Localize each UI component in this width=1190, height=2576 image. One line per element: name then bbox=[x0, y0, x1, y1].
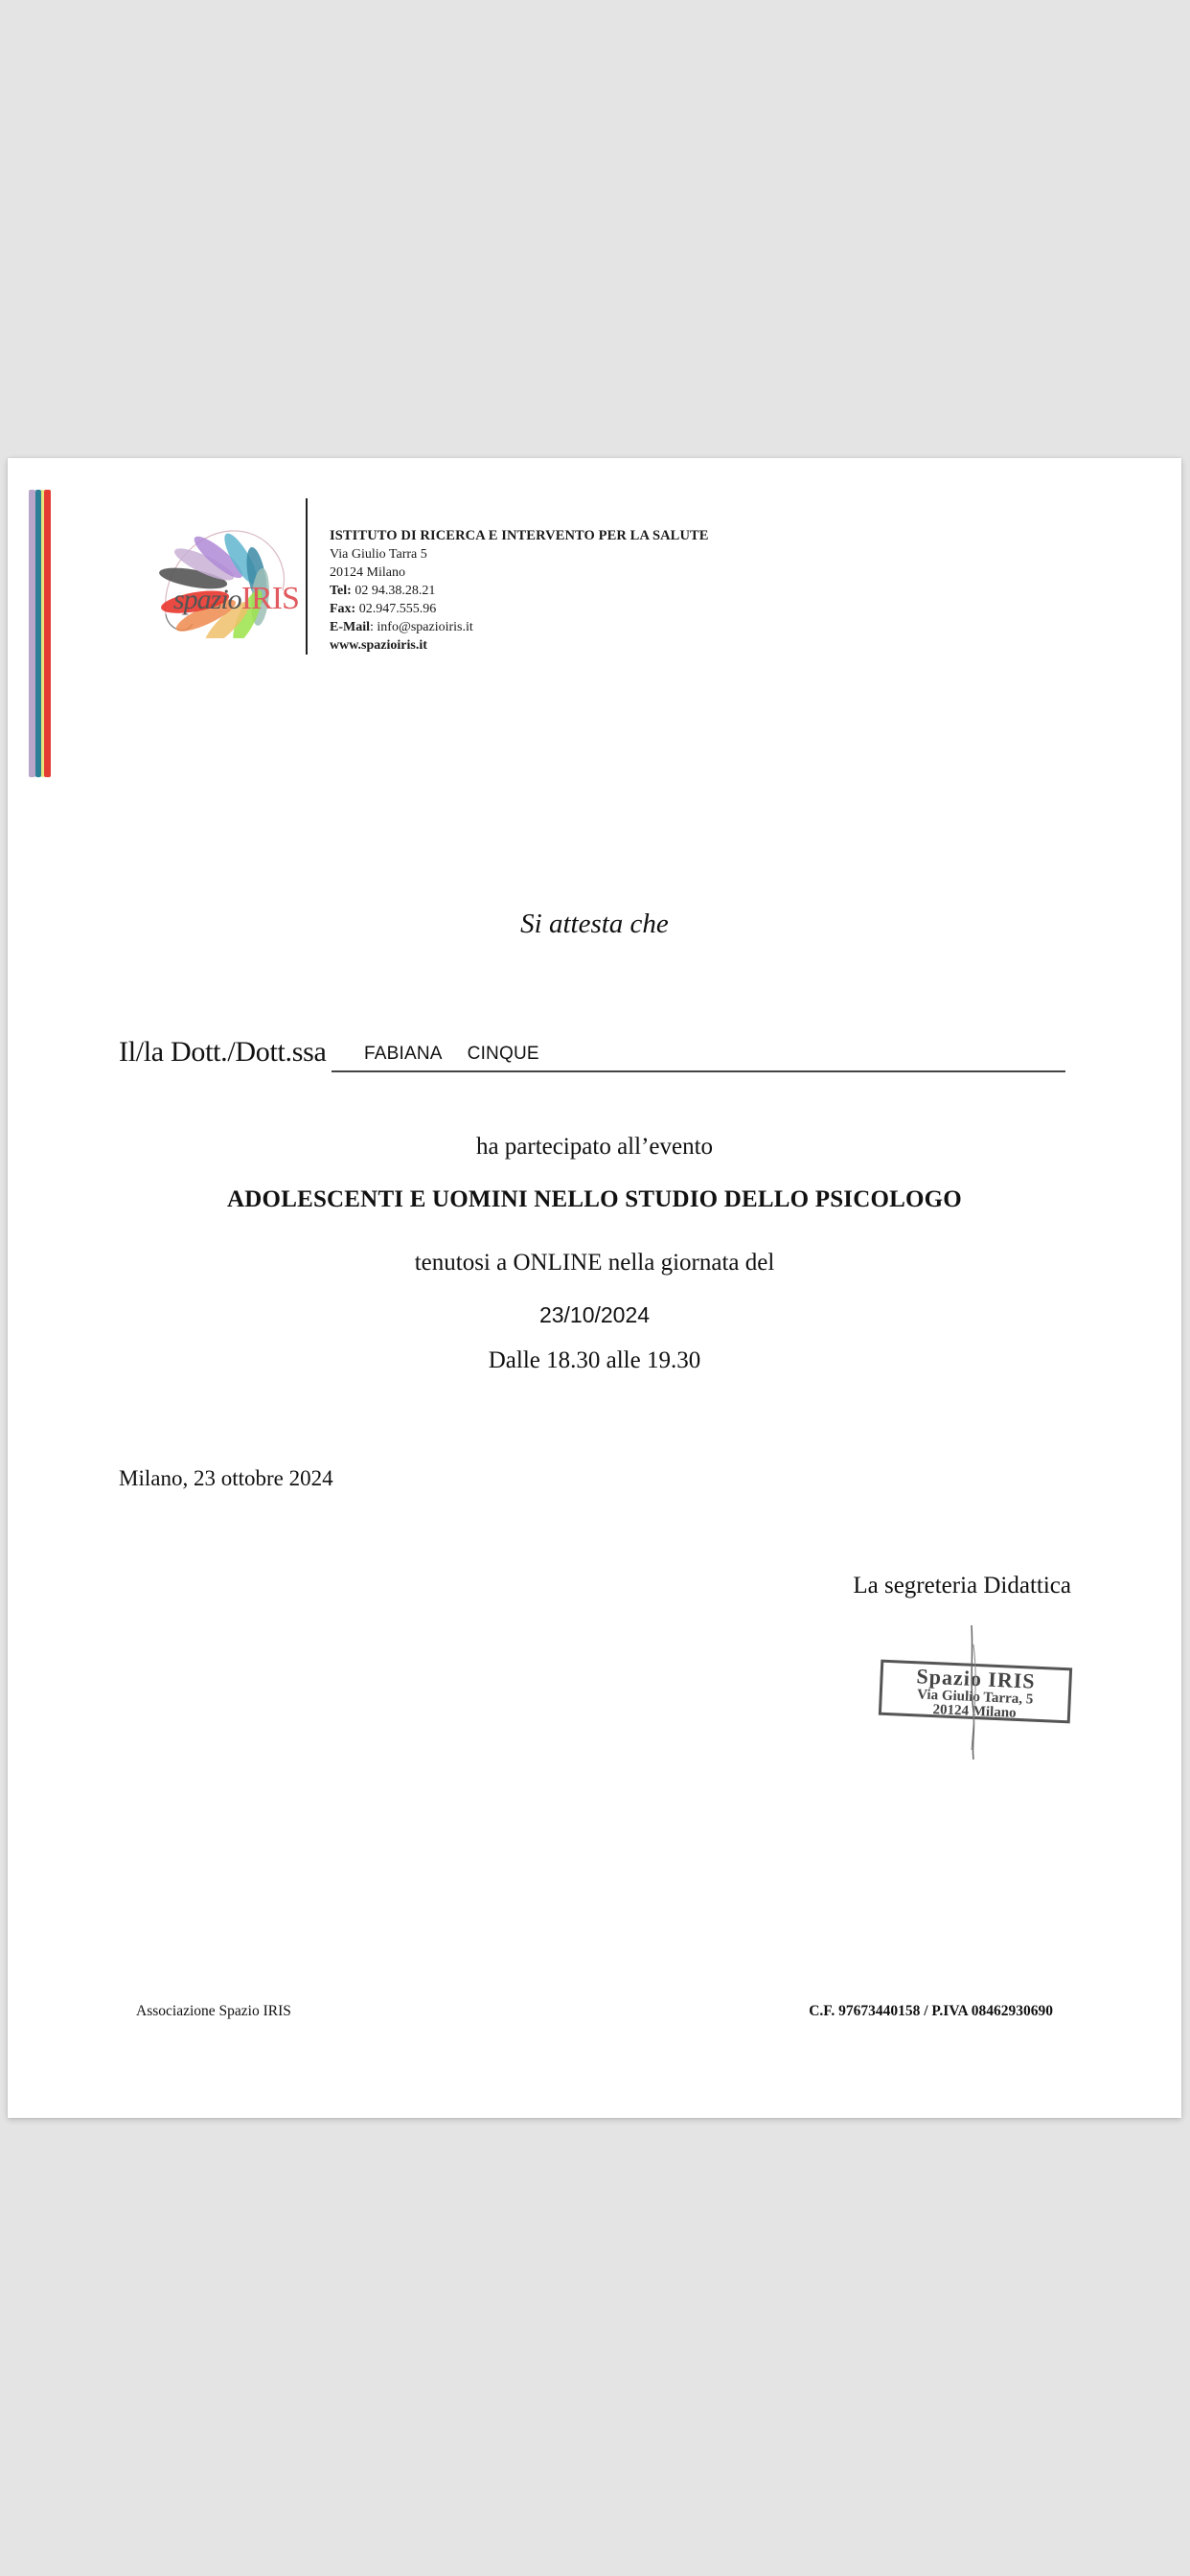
event-location: tenutosi a ONLINE nella giornata del bbox=[8, 1250, 1181, 1276]
participated-text: ha partecipato all’evento bbox=[8, 1134, 1181, 1161]
issue-place-date: Milano, 23 ottobre 2024 bbox=[119, 1466, 333, 1491]
participant-name: FABIANACINQUE bbox=[364, 1044, 539, 1065]
institute-address: Via Giulio Tarra 5 bbox=[330, 545, 709, 563]
tel-value: 02 94.38.28.21 bbox=[352, 584, 436, 598]
event-title: ADOLESCENTI E UOMINI NELLO STUDIO DELLO … bbox=[8, 1186, 1181, 1213]
participant-last-name: CINQUE bbox=[468, 1044, 539, 1064]
logo-word-iris: IRIS bbox=[241, 581, 299, 616]
participant-label: Il/la Dott./Dott.ssa bbox=[119, 1036, 326, 1069]
footer-tax-ids: C.F. 97673440158 / P.IVA 08462930690 bbox=[809, 2003, 1053, 2020]
spazio-iris-logo: spazioIRIS bbox=[156, 523, 295, 638]
certificate-page: spazioIRIS ISTITUTO DI RICERCA E INTERVE… bbox=[8, 458, 1181, 2118]
institute-website: www.spazioiris.it bbox=[330, 636, 709, 655]
attestation-heading: Si attesta che bbox=[8, 908, 1181, 940]
institute-city: 20124 Milano bbox=[330, 563, 709, 582]
name-underline bbox=[332, 1070, 1065, 1072]
participant-row: Il/la Dott./Dott.ssa FABIANACINQUE bbox=[119, 1036, 1065, 1074]
stamp-and-signature: Spazio IRIS Via Giulio Tarra, 5 20124 Mi… bbox=[870, 1625, 1090, 1769]
participant-first-name: FABIANA bbox=[364, 1044, 443, 1064]
stripe-red bbox=[44, 490, 51, 777]
institute-fax: Fax: 02.947.555.96 bbox=[330, 600, 709, 618]
stripe-lilac bbox=[29, 490, 35, 777]
institute-email: E-Mail: info@spazioiris.it bbox=[330, 618, 709, 636]
header-divider bbox=[306, 498, 308, 655]
logo-word-spazio: spazio bbox=[173, 584, 241, 615]
logo-wordmark: spazioIRIS bbox=[173, 581, 299, 617]
institute-info: ISTITUTO DI RICERCA E INTERVENTO PER LA … bbox=[330, 527, 709, 655]
decorative-color-stripes bbox=[29, 490, 51, 777]
fax-value: 02.947.555.96 bbox=[355, 602, 436, 616]
email-value: : info@spazioiris.it bbox=[370, 620, 473, 634]
event-date: 23/10/2024 bbox=[8, 1302, 1181, 1328]
website-link: www.spazioiris.it bbox=[330, 638, 427, 653]
institute-title: ISTITUTO DI RICERCA E INTERVENTO PER LA … bbox=[330, 527, 709, 545]
signature-icon bbox=[870, 1625, 1090, 1769]
email-label: E-Mail bbox=[330, 620, 370, 634]
signatory-label: La segreteria Didattica bbox=[853, 1573, 1071, 1599]
event-time: Dalle 18.30 alle 19.30 bbox=[8, 1347, 1181, 1374]
tel-label: Tel: bbox=[330, 584, 352, 598]
footer-association: Associazione Spazio IRIS bbox=[136, 2003, 291, 2020]
fax-label: Fax: bbox=[330, 602, 355, 616]
institute-tel: Tel: 02 94.38.28.21 bbox=[330, 582, 709, 600]
